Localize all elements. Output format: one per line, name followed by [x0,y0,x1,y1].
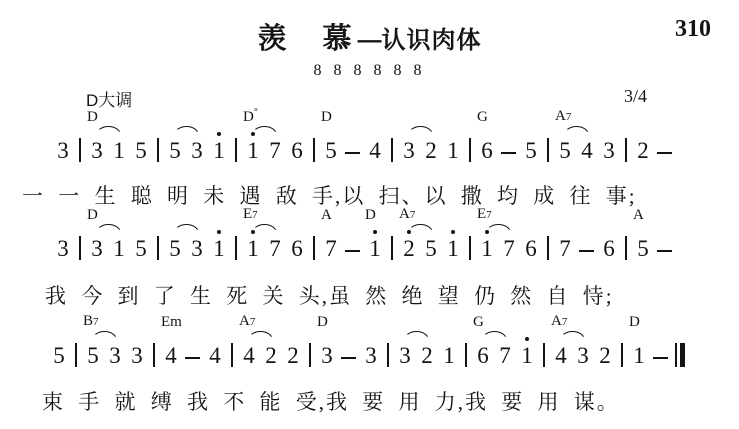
title-dash: — [358,27,382,54]
duration-dash [342,109,364,163]
note-digit: 6 [476,139,498,163]
note: 1 [208,109,230,163]
chord-label: A [633,208,644,223]
note-digit: 3 [572,344,594,368]
note: 2 [420,109,442,163]
lyric-line-1: 一 一 生 聪 明 未 遇 敌 手,以 扫、以 撒 均 成 往 事; [22,180,637,210]
barline [542,207,554,261]
note-digit: 2 [282,344,304,368]
chord-label: D [87,110,98,125]
note-digit: 2 [260,344,282,368]
note: 1 [516,314,538,368]
hymn-number: 310 [675,16,711,43]
note-digit: 7 [264,139,286,163]
final-barline [672,314,688,368]
chord-label: A7 [555,109,571,125]
note: 3 [104,314,126,368]
note-digit: 1 [242,237,264,261]
note-digit: 3 [360,344,382,368]
note: 4 [576,109,598,163]
note-digit: 1 [628,344,650,368]
note-digit: 1 [438,344,460,368]
note-digit: 6 [598,237,620,261]
barline [70,314,82,368]
note: 3D [86,109,108,163]
note-digit: 5 [320,139,342,163]
note-digit: 2 [632,139,654,163]
duration-dash [182,314,204,368]
note: 3 [598,109,620,163]
note-digit: 5 [82,344,104,368]
chord-label: G [473,315,484,330]
note: 5 [164,109,186,163]
barline [152,109,164,163]
barline [226,314,238,368]
music-line-1: 33D155311D°765D43216G55A7432 [52,109,676,163]
chord-label: E7 [477,207,492,223]
note-digit: 1 [442,237,464,261]
note: 3 [360,314,382,368]
note: 3D [316,314,338,368]
note: 5B7 [82,314,104,368]
note-digit: 3 [86,139,108,163]
barline [620,109,632,163]
note: 3 [186,109,208,163]
note: 6 [286,109,308,163]
note: 4A7 [238,314,260,368]
barline [74,207,86,261]
note: 6G [472,314,494,368]
note-digit: 6 [286,237,308,261]
note: 2A7 [398,207,420,261]
note: 5 [164,207,186,261]
barline [616,314,628,368]
octave-dot [217,230,221,234]
note-digit: 1 [108,237,130,261]
note-digit: 5 [520,139,542,163]
octave-dot [217,132,221,136]
barline [538,314,550,368]
note: 1 [442,207,464,261]
note-digit: 6 [472,344,494,368]
barline [308,109,320,163]
barline [620,207,632,261]
note: 1D° [242,109,264,163]
note: 2 [632,109,654,163]
note-digit: 3 [52,139,74,163]
note: 6 [286,207,308,261]
note-digit: 1 [442,139,464,163]
chord-label: A7 [399,207,415,223]
note-digit: 7 [320,237,342,261]
barline [152,207,164,261]
note-digit: 3 [394,344,416,368]
lyric-line-3: 束 手 就 缚 我 不 能 受,我 要 用 力,我 要 用 谋。 [42,386,620,416]
note: 7 [498,207,520,261]
page-title: 羡 慕 [257,23,365,55]
key-signature: D大调 [86,86,132,111]
note-digit: 2 [420,139,442,163]
note-digit: 5 [130,139,152,163]
page-subtitle: 认识肉体 [382,27,482,54]
barline [460,314,472,368]
barline [386,109,398,163]
note-digit: 4 [204,344,226,368]
note: 7A [320,207,342,261]
note: 2 [282,314,304,368]
chord-label: A7 [239,314,255,330]
note: 3 [186,207,208,261]
note: 5 [130,207,152,261]
note-digit: 2 [594,344,616,368]
note: 1 [108,207,130,261]
note: 5 [130,109,152,163]
note: 4Em [160,314,182,368]
note-digit: 3 [104,344,126,368]
note: 3 [126,314,148,368]
note: 1E7 [242,207,264,261]
note-digit: 7 [264,237,286,261]
note-digit: 1 [364,237,386,261]
note-digit: 3 [316,344,338,368]
note: 4 [364,109,386,163]
octave-dot [451,230,455,234]
note: 3 [572,314,594,368]
note: 4A7 [550,314,572,368]
lyric-line-2: 我 今 到 了 生 死 关 头,虽 然 绝 望 仍 然 自 恃; [45,280,614,310]
duration-dash [338,314,360,368]
barline [464,109,476,163]
duration-dash [342,207,364,261]
note-digit: 1 [208,237,230,261]
chord-label: D [87,208,98,223]
note: 1 [208,207,230,261]
note-digit: 2 [398,237,420,261]
chord-label: A [321,208,332,223]
note: 7 [554,207,576,261]
note: 7 [264,109,286,163]
note-digit: 4 [364,139,386,163]
chord-label: D [317,315,328,330]
note-digit: 4 [550,344,572,368]
barline [542,109,554,163]
barline [308,207,320,261]
duration-dash [654,207,676,261]
note: 3 [52,109,74,163]
note-digit: 1 [208,139,230,163]
note: 1 [438,314,460,368]
note: 1D [364,207,386,261]
note-digit: 5 [164,139,186,163]
note: 3 [398,109,420,163]
note: 1E7 [476,207,498,261]
note: 6 [520,207,542,261]
barline [230,109,242,163]
duration-dash [576,207,598,261]
title-row: 羡 慕—认识肉体 [0,16,739,57]
note-digit: 5 [130,237,152,261]
note: 4 [204,314,226,368]
note: 1D [628,314,650,368]
barline [386,207,398,261]
note: 2 [416,314,438,368]
chord-label: B7 [83,314,99,330]
note-digit: 4 [238,344,260,368]
music-line-2: 33D155311E7767A1D2A7511E776765A [52,207,676,261]
note-digit: 1 [516,344,538,368]
time-signature: 3/4 [624,86,647,107]
note: 1 [442,109,464,163]
meter-label: 8 8 8 8 8 8 [0,62,739,80]
note-digit: 4 [576,139,598,163]
note-digit: 5 [554,139,576,163]
note-digit: 5 [48,344,70,368]
barline [148,314,160,368]
note: 5A [632,207,654,261]
note: 3 [52,207,74,261]
chord-label: D [365,208,376,223]
note: 3D [86,207,108,261]
note-digit: 2 [416,344,438,368]
note-digit: 6 [286,139,308,163]
chord-label: A7 [551,314,567,330]
note: 3 [394,314,416,368]
duration-dash [498,109,520,163]
barline [382,314,394,368]
duration-dash [650,314,672,368]
chord-label: Em [161,315,182,330]
note-digit: 1 [108,139,130,163]
note: 2 [260,314,282,368]
note: 7 [494,314,516,368]
note-digit: 5 [164,237,186,261]
note-digit: 7 [494,344,516,368]
note-digit: 1 [242,139,264,163]
note: 6 [598,207,620,261]
barline [464,207,476,261]
music-line-3: 55B7334Em44A7223D33216G714A7321D [48,314,688,368]
barline [230,207,242,261]
note-digit: 5 [632,237,654,261]
note-digit: 3 [86,237,108,261]
barline [74,109,86,163]
hymn-sheet-page: 羡 慕—认识肉体 310 8 8 8 8 8 8 D大调 3/4 33D1553… [0,0,739,429]
octave-dot [525,337,529,341]
barline [304,314,316,368]
note-digit: 3 [52,237,74,261]
note: 5 [48,314,70,368]
note-digit: 3 [186,237,208,261]
note: 7 [264,207,286,261]
note-digit: 5 [420,237,442,261]
note-digit: 3 [598,139,620,163]
note: 2 [594,314,616,368]
chord-label: G [477,110,488,125]
chord-label: D [321,110,332,125]
note-digit: 6 [520,237,542,261]
chord-label: D° [243,109,258,125]
note: 5 [520,109,542,163]
note-digit: 4 [160,344,182,368]
chord-label: D [629,315,640,330]
note: 6G [476,109,498,163]
chord-label: E7 [243,207,258,223]
note: 5A7 [554,109,576,163]
note-digit: 3 [126,344,148,368]
note: 5 [420,207,442,261]
note-digit: 3 [186,139,208,163]
note-digit: 3 [398,139,420,163]
note: 5D [320,109,342,163]
octave-dot [373,230,377,234]
note-digit: 7 [498,237,520,261]
note: 1 [108,109,130,163]
duration-dash [654,109,676,163]
note-digit: 1 [476,237,498,261]
note-digit: 7 [554,237,576,261]
